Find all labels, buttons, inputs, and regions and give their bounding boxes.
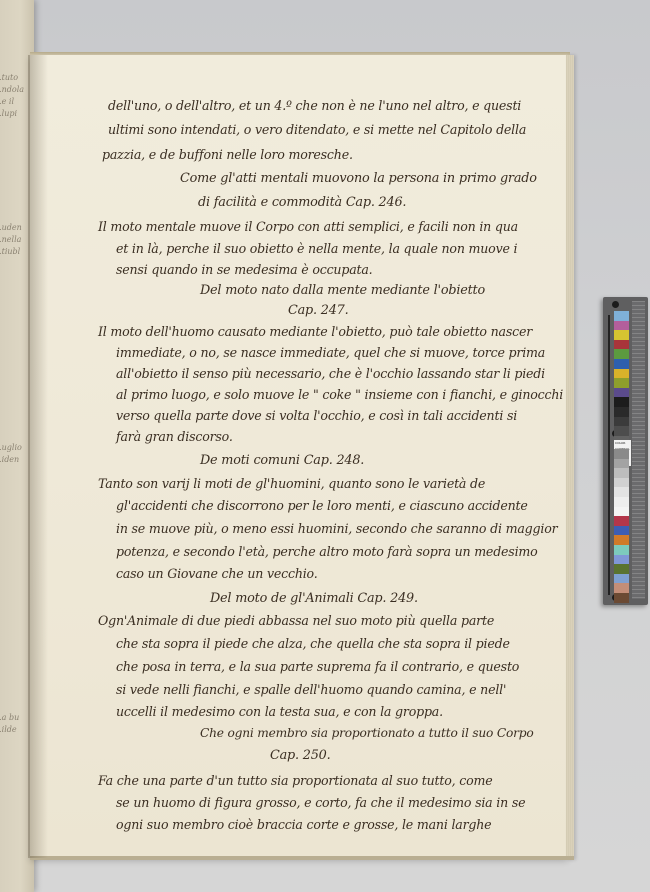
text-line: Fa che una parte d'un tutto sia proporti… <box>98 773 493 788</box>
colour-calibration-card: COLOR CONTROL PATCHES <box>603 297 648 605</box>
colour-swatch <box>614 459 629 469</box>
verso-fragment: ...iden <box>0 455 19 464</box>
text-line: potenza, e secondo l'età, perche altro m… <box>116 544 538 559</box>
text-line: Il moto mentale muove il Corpo con atti … <box>98 219 518 234</box>
text-line: pazzia, e de buffoni nelle loro moresche… <box>102 147 353 162</box>
text-line: Il moto dell'huomo causato mediante l'ob… <box>98 324 532 339</box>
verso-fragment: ...uden <box>0 223 22 232</box>
page-bottom-edge <box>30 856 574 860</box>
colour-swatch <box>614 468 629 478</box>
colour-swatch <box>614 426 629 436</box>
verso-fragment: ...ilde <box>0 725 17 734</box>
text-line: gl'accidenti che discorrono per le loro … <box>116 498 528 513</box>
verso-fragment: ...tiubl <box>0 247 20 256</box>
colour-swatch <box>614 311 629 321</box>
text-line: caso un Giovane che un vecchio. <box>116 566 318 581</box>
chapter-heading: Come gl'atti mentali muovono la persona … <box>180 171 537 186</box>
text-line: in se muove più, o meno essi huomini, se… <box>116 521 557 536</box>
colour-swatch <box>614 378 629 388</box>
colour-swatch <box>614 507 629 517</box>
verso-fragment: ...e il <box>0 97 14 106</box>
text-line: che sta sopra il piede che alza, che que… <box>116 636 510 651</box>
colour-swatch <box>614 340 629 350</box>
colour-swatch <box>614 478 629 488</box>
text-line: se un huomo di figura grosso, e corto, f… <box>116 795 525 810</box>
colour-swatch <box>614 574 629 584</box>
verso-fragment: ...a bu <box>0 713 19 722</box>
colour-swatches-bottom <box>614 449 629 603</box>
text-line: immediate, o no, se nasce immediate, que… <box>116 345 545 360</box>
colour-swatch <box>614 417 629 427</box>
card-scale-ruler <box>632 301 645 599</box>
colour-swatches-top <box>614 311 629 445</box>
chapter-heading: Cap. 247. <box>288 303 348 318</box>
colour-swatch <box>614 349 629 359</box>
verso-marginal-text: ...uglio ...iden <box>0 430 34 466</box>
colour-swatch <box>614 397 629 407</box>
verso-marginal-text: ...a bu ...ilde <box>0 700 34 736</box>
text-line: ultimi sono intendati, o vero ditendato,… <box>108 122 526 137</box>
colour-swatch <box>614 487 629 497</box>
text-line: al primo luogo, e solo muove le " coke "… <box>116 387 563 402</box>
colour-swatch <box>614 545 629 555</box>
verso-fragment: ...nella <box>0 235 21 244</box>
colour-swatch <box>614 407 629 417</box>
chapter-heading: di facilità e commodità Cap. 246. <box>198 195 406 210</box>
verso-fragment: ...ndola <box>0 85 24 94</box>
verso-fragment: ...tuto <box>0 73 18 82</box>
colour-swatch <box>614 359 629 369</box>
colour-swatch <box>614 535 629 545</box>
chapter-heading: Cap. 250. <box>270 748 330 763</box>
card-hole-top <box>612 301 619 308</box>
text-line: uccelli il medesimo con la testa sua, e … <box>116 704 443 719</box>
colour-swatch <box>614 555 629 565</box>
page-fore-edge <box>566 55 574 860</box>
text-line: Tanto son varij li moti de gl'huomini, q… <box>98 476 485 491</box>
text-line: farà gran discorso. <box>116 429 233 444</box>
card-spine <box>608 315 610 595</box>
text-line: che posa in terra, e la sua parte suprem… <box>116 659 519 674</box>
colour-swatch <box>614 526 629 536</box>
verso-marginal-text: ...uden ...nella ...tiubl <box>0 210 34 258</box>
verso-marginal-text: ...tuto ...ndola ...e il ...lupi <box>0 60 34 120</box>
text-line: all'obietto il senso più necessario, che… <box>116 366 545 381</box>
text-line: dell'uno, o dell'altro, et un 4.º che no… <box>108 98 521 113</box>
verso-fragment: ...lupi <box>0 109 17 118</box>
chapter-heading: Che ogni membro sia proportionato a tutt… <box>200 726 533 740</box>
verso-page-edge: ...tuto ...ndola ...e il ...lupi ...uden… <box>0 0 34 892</box>
colour-swatch <box>614 388 629 398</box>
chapter-heading: De moti comuni Cap. 248. <box>200 453 364 468</box>
colour-swatch <box>614 564 629 574</box>
colour-swatch <box>614 497 629 507</box>
chapter-heading: Del moto nato dalla mente mediante l'obi… <box>200 283 485 298</box>
colour-swatch <box>614 593 629 603</box>
text-line: verso quella parte dove si volta l'occhi… <box>116 408 517 423</box>
text-line: si vede nelli fianchi, e spalle dell'huo… <box>116 682 506 697</box>
colour-swatch <box>614 321 629 331</box>
chapter-heading: Del moto de gl'Animali Cap. 249. <box>210 591 418 606</box>
colour-swatch <box>614 583 629 593</box>
text-line: sensi quando in se medesima è occupata. <box>116 262 372 277</box>
text-line: Ogn'Animale di due piedi abbassa nel suo… <box>98 613 494 628</box>
colour-swatch <box>614 449 629 459</box>
text-line: et in là, perche il suo obietto è nella … <box>116 241 517 256</box>
text-line: ogni suo membro cioè braccia corte e gro… <box>116 817 491 832</box>
colour-swatch <box>614 330 629 340</box>
colour-swatch <box>614 369 629 379</box>
colour-swatch <box>614 516 629 526</box>
verso-fragment: ...uglio <box>0 443 22 452</box>
